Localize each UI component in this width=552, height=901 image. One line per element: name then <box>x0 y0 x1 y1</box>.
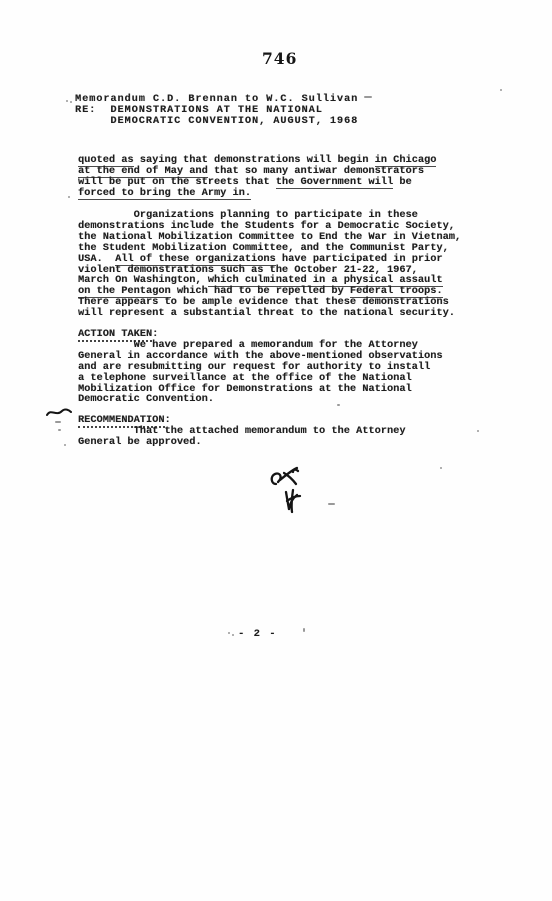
text-line: will represent a substantial threat to t… <box>78 308 461 319</box>
scan-speck <box>232 634 234 636</box>
text-line: Democratic Convention. <box>78 394 443 405</box>
scanned-memo-page: 746 Memorandum C.D. Brennan to W.C. Sull… <box>0 0 552 901</box>
text-line: DEMOCRATIC CONVENTION, AUGUST, 1968 <box>75 116 358 127</box>
text-line: General be approved. <box>78 437 406 448</box>
scan-speck <box>328 503 335 505</box>
section-recommendation: RECOMMENDATION: That the attached memora… <box>78 415 406 448</box>
scan-speck <box>500 89 502 91</box>
scan-speck <box>64 444 66 446</box>
handwritten-ok-initials-mark <box>268 466 312 514</box>
scan-speck <box>303 628 305 632</box>
scan-speck <box>58 429 61 431</box>
text-line: forced to bring the Army in. <box>78 188 436 199</box>
memo-header: Memorandum C.D. Brennan to W.C. Sullivan… <box>75 94 358 127</box>
scan-speck <box>477 430 479 432</box>
scan-speck <box>364 96 372 98</box>
para-quoted-statement: quoted as saying that demonstrations wil… <box>78 155 436 199</box>
para-organizations: Organizations planning to participate in… <box>78 210 461 319</box>
scan-speck <box>337 404 340 406</box>
page-number: 746 <box>262 49 297 68</box>
scan-speck <box>68 196 70 198</box>
scan-speck <box>228 632 230 634</box>
scan-speck <box>440 467 442 469</box>
scan-speck <box>70 101 72 103</box>
scan-speck <box>66 100 68 102</box>
page-footer: - 2 - <box>238 628 277 640</box>
margin-squiggle-mark <box>46 406 72 420</box>
section-action-taken: ACTION TAKEN: We have prepared a memoran… <box>78 329 443 405</box>
scan-speck <box>55 421 61 423</box>
